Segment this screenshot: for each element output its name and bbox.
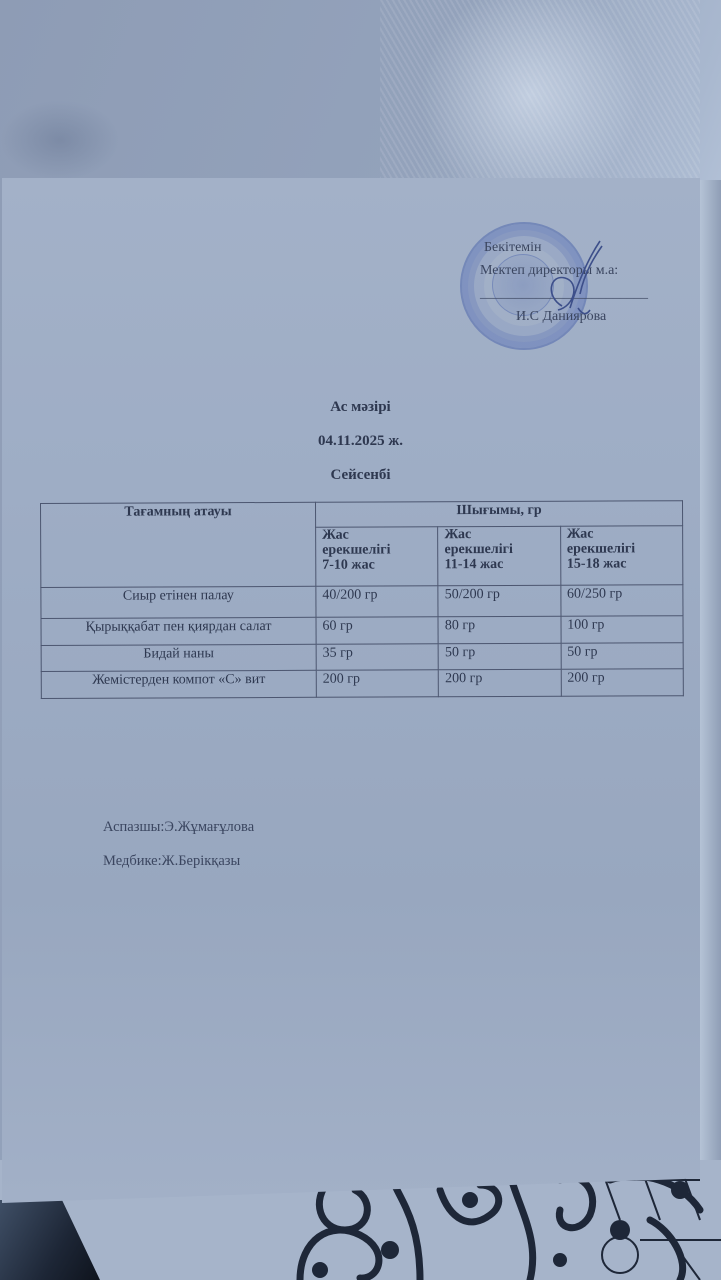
dish-name: Жемістерден компот «С» вит (41, 670, 316, 698)
menu-title: Ас мәзірі (0, 399, 721, 416)
table-row: Қырыққабат пен қиярдан салат 60 гр 80 гр… (41, 616, 683, 646)
portion-value: 50 гр (561, 643, 683, 670)
portion-value: 60/250 гр (561, 585, 683, 617)
portion-value: 60 гр (316, 617, 438, 645)
nurse-signature-line: Медбике:Ж.Берікқазы (103, 853, 240, 870)
portion-value: 50/200 гр (438, 585, 560, 617)
menu-weekday: Сейсенбі (0, 467, 721, 484)
table-row: Сиыр етінен палау 40/200 гр 50/200 гр 60… (41, 585, 683, 619)
portion-value: 40/200 гр (316, 586, 438, 618)
column-header-age-11-14: Жас ерекшелігі 11-14 жас (438, 526, 561, 586)
background-fabric (380, 0, 700, 190)
dish-name: Бидай наны (41, 644, 316, 671)
dish-name: Сиыр етінен палау (41, 586, 316, 618)
portion-value: 100 гр (561, 616, 683, 644)
column-header-age-7-10: Жас ерекшелігі 7-10 жас (316, 527, 439, 587)
column-header-yield: Шығымы, гр (315, 501, 682, 528)
table-row: Бидай наны 35 гр 50 гр 50 гр (41, 643, 683, 672)
portion-value: 200 гр (316, 670, 438, 698)
table-row: Жемістерден компот «С» вит 200 гр 200 гр… (41, 669, 683, 699)
column-header-age-15-18: Жас ерекшелігі 15-18 жас (560, 526, 683, 586)
portion-value: 80 гр (438, 616, 560, 644)
cook-signature-line: Аспазшы:Э.Жұмағұлова (103, 819, 254, 836)
menu-table: Тағамның атауы Шығымы, гр Жас ерекшелігі… (40, 500, 684, 699)
portion-value: 200 гр (439, 669, 561, 697)
dish-name: Қырыққабат пен қиярдан салат (41, 617, 316, 645)
table-header-row: Тағамның атауы Шығымы, гр (41, 501, 683, 529)
portion-value: 200 гр (561, 669, 683, 697)
portion-value: 35 гр (316, 644, 438, 671)
background-shadow (0, 100, 120, 180)
portion-value: 50 гр (438, 643, 560, 670)
menu-date: 04.11.2025 ж. (0, 433, 721, 450)
background-edge (700, 180, 721, 1180)
handwritten-signature (540, 236, 610, 326)
column-header-dish: Тағамның атауы (41, 502, 316, 587)
